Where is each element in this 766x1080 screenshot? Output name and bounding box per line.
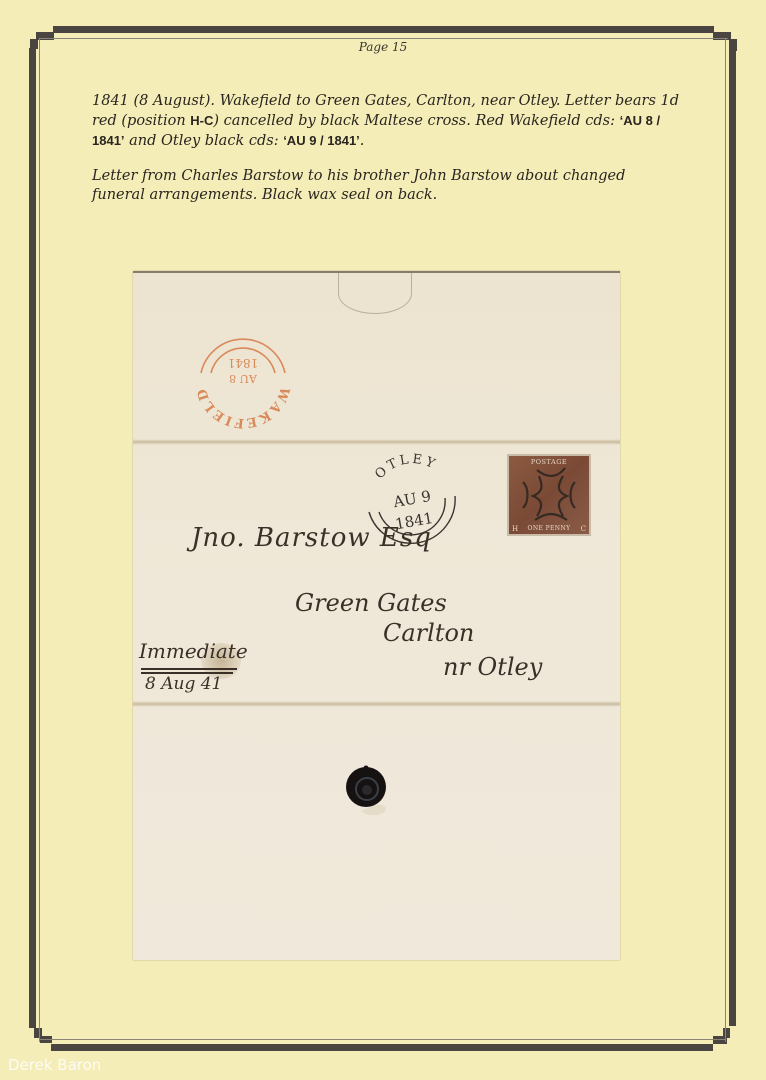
plate-position: H-C	[190, 113, 213, 128]
frame-right	[729, 50, 736, 1026]
address-line-4: nr Otley	[443, 653, 542, 681]
annotation-immediate: Immediate	[139, 639, 248, 663]
svg-text:AU 8: AU 8	[229, 372, 258, 385]
frame-left	[29, 48, 36, 1028]
penny-red-stamp: POSTAGE H ONE PENNY C	[507, 454, 591, 536]
frame-thin-bottom	[40, 1039, 726, 1040]
svg-text:OTLEY: OTLEY	[372, 452, 439, 482]
page-number: Page 15	[0, 40, 766, 54]
letter-cover-image: WAKEFIELD AU 8 1841 OTLEY AU 9 1841 POST…	[133, 271, 620, 960]
svg-text:AU 9: AU 9	[391, 487, 432, 511]
address-line-3: Carlton	[383, 619, 474, 647]
frame-thin-top	[40, 38, 728, 39]
frame-thin-left	[39, 38, 40, 1042]
otley-cds-value: ‘AU 9 / 1841’	[283, 133, 360, 148]
address-line-2: Green Gates	[295, 589, 447, 617]
frame-top	[53, 26, 714, 33]
watermark: Derek Baron	[8, 1056, 101, 1074]
description-end: .	[360, 133, 365, 149]
stamp-bottom-label: ONE PENNY	[509, 525, 589, 532]
description-paragraph-1: 1841 (8 August). Wakefield to Green Gate…	[92, 92, 682, 151]
frame-bottom	[51, 1044, 713, 1051]
annotation-date: 8 Aug 41	[145, 674, 222, 694]
address-name: Jno. Barstow Esq	[191, 523, 432, 553]
description-text-cont: ) cancelled by black Maltese cross. Red …	[213, 113, 619, 129]
flap-tear	[338, 273, 412, 314]
wax-seal-icon	[339, 761, 397, 819]
description-paragraph-2: Letter from Charles Barstow to his broth…	[92, 167, 682, 205]
annotation-underline	[141, 668, 237, 670]
svg-text:WAKEFIELD: WAKEFIELD	[194, 384, 292, 430]
stamp-corner-letter-right: C	[581, 525, 586, 533]
wakefield-postmark-icon: WAKEFIELD AU 8 1841	[193, 331, 293, 431]
svg-text:1841: 1841	[228, 356, 259, 370]
fold-line-lower	[133, 701, 620, 707]
fold-line-upper	[133, 439, 620, 445]
description-and: and Otley black cds:	[125, 133, 284, 149]
maltese-cross-cancel-icon	[509, 456, 589, 534]
frame-thin-right	[725, 38, 726, 1042]
